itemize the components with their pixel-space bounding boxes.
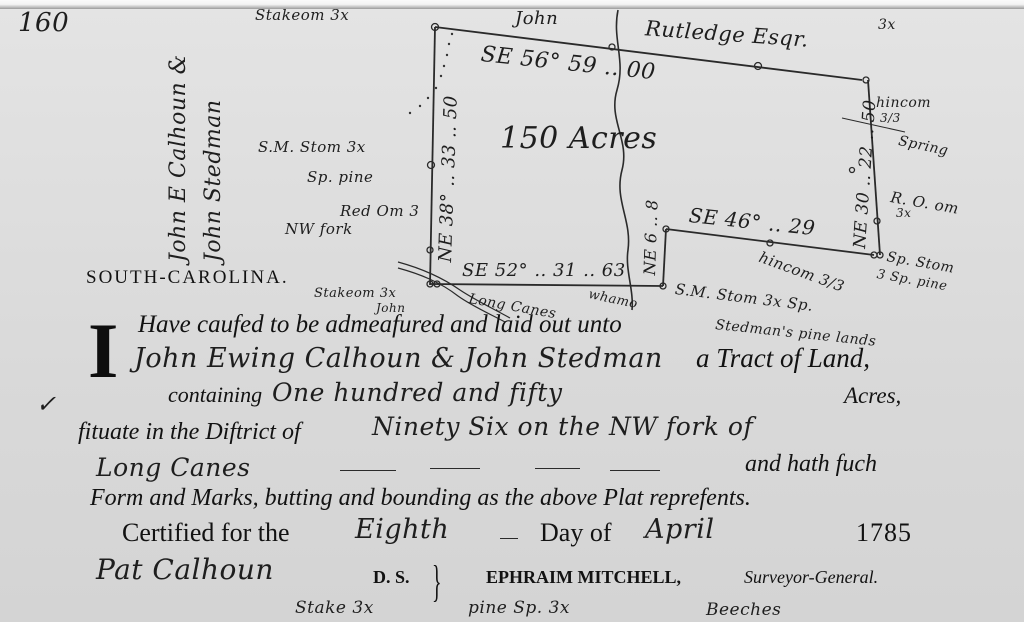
plat-left-boundary	[430, 27, 435, 285]
deputy-surveyor-title: D. S.	[373, 568, 410, 586]
surveyor-general-name: EPHRAIM MITCHELL,	[486, 568, 681, 586]
form-line-3-end: Acres,	[844, 384, 901, 407]
district-location: Ninety Six on the NW fork of	[372, 414, 753, 439]
right-note-1b: 3/3	[880, 112, 901, 124]
fill-dash	[610, 470, 660, 471]
brace-symbol: }	[432, 560, 442, 604]
right-note-1: hincom	[876, 96, 931, 110]
certified-year: 1785	[856, 520, 912, 546]
fill-dash	[535, 468, 580, 469]
acreage-label: 150 Acres	[500, 124, 657, 154]
certified-month: April	[645, 516, 714, 543]
location-long-canes: Long Canes	[96, 455, 250, 480]
left-note-1: S.M. Stom 3x	[258, 140, 366, 155]
bottom-cut-note-2: pine Sp. 3x	[468, 600, 570, 617]
fill-dash	[430, 468, 480, 469]
margin-check-mark: ✓	[36, 392, 57, 416]
grantee-names: John Ewing Calhoun & John Stedman	[134, 345, 663, 372]
side-note-line-2: John Stedman	[203, 99, 225, 262]
acreage-written: One hundred and fifty	[272, 380, 562, 405]
corner-note-bottom-left: Stakeom 3x	[314, 287, 396, 300]
form-line-6: Form and Marks, butting and bounding as …	[90, 486, 751, 510]
adjoining-owner-top-a: John	[515, 10, 558, 28]
bottom-cut-note-1: Stake 3x	[295, 600, 374, 617]
corner-note-top-right: 3x	[878, 18, 896, 32]
bearing-bottom: SE 52° .. 31 .. 63	[462, 262, 626, 280]
form-line-4: fituate in the Diftrict of	[78, 420, 301, 444]
page-number: 160	[18, 10, 69, 36]
deputy-surveyor-signature: Pat Calhoun	[96, 556, 274, 584]
right-note-3b: 3x	[896, 207, 911, 219]
side-note-line-1: John E Calhoun &	[168, 54, 190, 262]
state-heading: SOUTH-CAROLINA.	[86, 268, 289, 287]
fill-dash	[340, 470, 396, 471]
corner-note-top-left: Stakeom 3x	[255, 8, 349, 23]
form-line-5: and hath fuch	[745, 452, 877, 476]
bottom-cut-note-3: Beeches	[706, 602, 781, 619]
certified-day: Eighth	[355, 516, 449, 543]
form-line-2: a Tract of Land,	[696, 345, 870, 372]
document-page: 160 John E Calhoun & John Stedman Stakeo…	[0, 0, 1024, 622]
left-note-1b: Sp. pine	[307, 170, 373, 185]
day-of-label: Day of	[540, 520, 611, 546]
bearing-inner-vertical: NE 6 .. 8	[642, 199, 661, 275]
certified-for-label: Certified for the	[122, 520, 290, 546]
fill-dash	[500, 538, 518, 539]
form-line-3: containing	[168, 384, 262, 406]
left-note-2b: NW fork	[285, 222, 353, 237]
drop-cap: I	[88, 312, 118, 390]
plat-inner-vertical	[663, 229, 666, 286]
plat-bottom-boundary	[430, 284, 663, 286]
surveyor-general-title: Surveyor-General.	[744, 568, 878, 586]
left-note-2: Red Om 3	[340, 204, 419, 219]
form-line-1: Have caufed to be admeafured and laid ou…	[138, 312, 622, 337]
